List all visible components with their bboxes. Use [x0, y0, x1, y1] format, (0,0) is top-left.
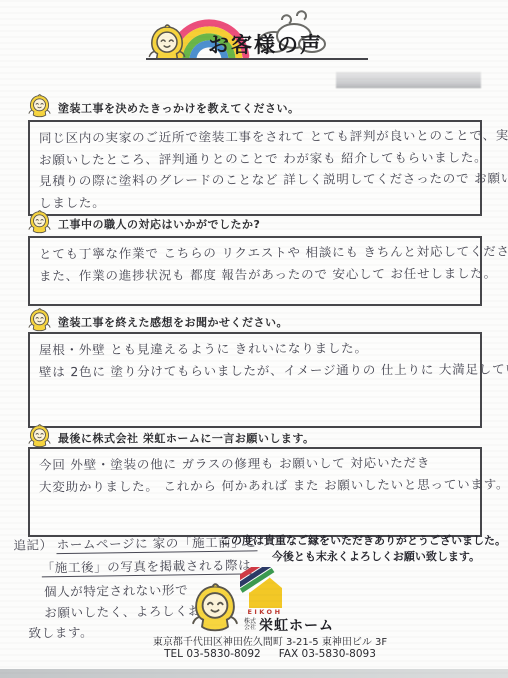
answer-line: お願いしたところ、評判通りとのことで わが家も 紹介してもらいました。 — [39, 146, 471, 170]
thanks-line-2: 今後とも末永くよろしくお願い致します。 — [220, 549, 480, 565]
fax-number: FAX 03-5830-8093 — [279, 648, 376, 660]
question-1-label: 塗装工事を決めたきっかけを教えてください。 — [58, 100, 300, 119]
company-prefix: 株式 会社 — [244, 619, 256, 632]
answer-line: また、作業の進捗状況も 都度 報告があったので 安心して お任せしました。 — [39, 262, 471, 286]
house-logo-icon — [240, 567, 290, 609]
question-2: 工事中の職人の対応はいかがでしたか? — [28, 210, 260, 235]
company-address: 東京都千代田区神田佐久間町 3-21-5 東神田ビル 3F — [110, 633, 430, 648]
question-mascot-icon — [28, 424, 51, 449]
answer-box-2: とても丁寧な作業で こちらの リクエストや 相談にも きちんと対応してくださいま… — [28, 236, 482, 306]
answer-box-4: 今回 外壁・塗装の他に ガラスの修理も お願いして 対応いただき 大変助かりまし… — [28, 447, 482, 537]
question-3-label: 塗装工事を終えた感想をお聞かせください。 — [58, 314, 288, 333]
page-title: お客様の声 — [208, 29, 323, 59]
answer-box-1: 同じ区内の実家のご近所で塗装工事をされて とても評判が良いとのことで、実家でも … — [28, 120, 482, 216]
question-mascot-icon — [28, 308, 51, 333]
question-3: 塗装工事を終えた感想をお聞かせください。 — [28, 308, 288, 333]
thanks-line-1: この度は貴重なご縁をいただきありがとうございました。 — [220, 533, 480, 549]
answer-line: 見積りの際に塗料のグレードのことなど 詳しく説明してくださったので お願いするこ… — [39, 168, 471, 192]
question-mascot-icon — [28, 94, 51, 119]
company-phone: TEL 03-5830-8092FAX 03-5830-8093 — [110, 648, 430, 660]
redacted-name-area — [336, 72, 481, 88]
answer-line: 大変助かりました。 これから 何かあれば また お願いしたいと思っています。 — [39, 473, 471, 497]
answer-line: とても丁寧な作業で こちらの リクエストや 相談にも きちんと対応してくださいま… — [39, 241, 471, 265]
question-1: 塗装工事を決めたきっかけを教えてください。 — [28, 94, 300, 119]
answer-line: 屋根・外壁 とも見違えるように きれいになりました。 — [39, 337, 471, 361]
question-mascot-icon — [28, 210, 51, 235]
answer-line: 同じ区内の実家のご近所で塗装工事をされて とても評判が良いとのことで、実家でも — [39, 125, 471, 149]
scanned-customer-voice-sheet: お客様の声 塗装工事を決めたきっかけを教えてください。 同じ区内の実家のご近所で… — [0, 0, 508, 678]
question-4: 最後に株式会社 栄虹ホームに一言お願いします。 — [28, 424, 314, 449]
answer-line: 壁は 2色に 塗り分けてもらいましたが、イメージ通りの 仕上りに 大満足していま… — [39, 358, 471, 382]
postscript-prefix: 追記） — [13, 537, 53, 553]
answer-box-3: 屋根・外壁 とも見違えるように きれいになりました。 壁は 2色に 塗り分けても… — [28, 332, 482, 428]
thanks-message: この度は貴重なご縁をいただきありがとうございました。 今後とも末永くよろしくお願… — [220, 533, 480, 565]
tel-number: TEL 03-5830-8092 — [164, 648, 261, 660]
scan-edge-artifact — [0, 669, 508, 678]
answer-line: 今回 外壁・塗装の他に ガラスの修理も お願いして 対応いただき — [39, 452, 471, 476]
company-name-row: 株式 会社 栄虹ホーム — [244, 615, 334, 635]
footer-mascot-icon — [190, 583, 240, 635]
question-2-label: 工事中の職人の対応はいかがでしたか? — [58, 216, 260, 235]
company-name: 栄虹ホーム — [259, 615, 334, 635]
header: お客様の声 — [146, 4, 368, 60]
